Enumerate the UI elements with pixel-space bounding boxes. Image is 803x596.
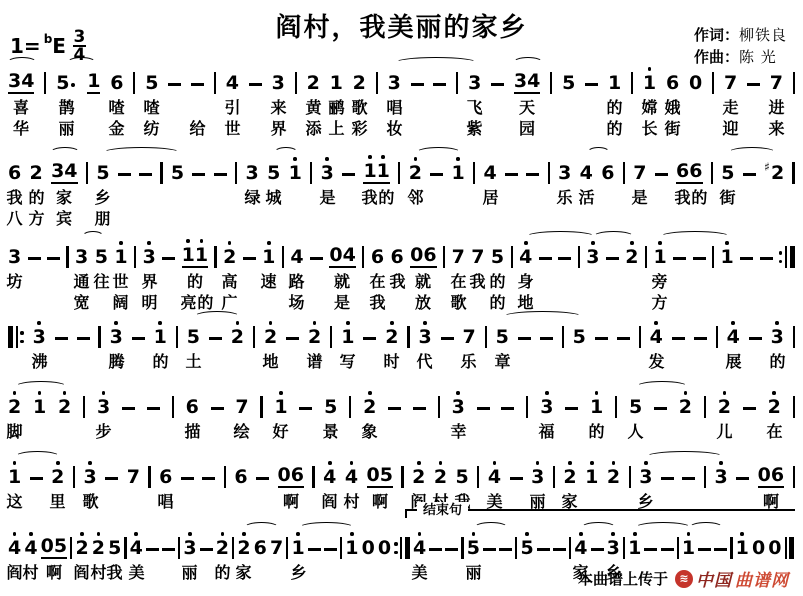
note-digit: 3 [531,467,544,488]
note-digit: 1 [643,73,656,94]
octave-dot [37,321,41,325]
barline [631,72,633,94]
system-4: 3315222123755443沸腾的土地谱写时代乐章发展的 [8,312,795,369]
system-1: 3451654321233345116077喜鹊喳喳引来黄鹂歌唱飞天的嫦娥走进华… [8,58,795,136]
note: 2 [30,163,43,184]
barline [86,162,88,184]
octave-dot [472,532,476,536]
duration-dash [477,407,490,410]
note: 3 [183,538,196,559]
lyric-syllable: 纺 [143,116,159,139]
lyric-syllable: 广 [221,290,237,313]
lyric-syllable: 代 [416,349,432,372]
octave-dot [524,241,528,245]
note: 5 [95,247,108,268]
bar [631,72,633,94]
note: 2 [679,397,692,418]
barline [711,162,713,184]
slur-arc [581,522,616,533]
bar [645,246,647,268]
duration-dash [243,257,256,260]
time-signature-top: 3 [74,30,86,44]
note-digit: 3 [639,467,652,488]
note: 3 [272,73,285,94]
lyric-syllable: 方 [28,206,44,229]
note: 2 [607,467,620,488]
bar [176,326,178,348]
note: 04 [329,245,355,268]
lyric-syllable: 美 [411,560,427,583]
note-digit: 6 [676,161,689,182]
octave-dot [775,321,779,325]
note-digit: 2 [216,538,229,559]
lyric-syllable: 唱 [157,489,173,512]
note-digit: 1 [154,327,167,348]
note: 2 [718,397,731,418]
barline [83,396,85,418]
barline [438,396,440,418]
note-digit: 4 [484,163,497,184]
barline [70,537,72,559]
bar [711,162,713,184]
note: 3 [143,247,156,268]
note-digit: 2 [679,397,692,418]
barline [511,246,513,268]
note-digit: 0 [410,245,423,266]
score-body: 3451654321233345116077喜鹊喳喳引来黄鹂歌唱飞天的嫦娥走进华… [8,58,795,580]
duration-dash [526,173,539,176]
barline [793,72,795,94]
lyric-syllable: 章 [494,349,510,372]
slur-arc [513,57,543,68]
note-digit: 7 [471,247,484,268]
note: 1 [608,73,621,94]
lyricist-label: 作词： [694,26,739,44]
note: 3 [33,327,46,348]
octave-dot [186,239,190,243]
lyric-syllable: 村 [343,489,359,512]
duration-dash [539,257,552,260]
barline [712,246,714,268]
note-digit: 1 [363,161,376,182]
note: 3 [771,327,784,348]
note-digit: 0 [367,465,380,486]
note-digit: 4 [527,71,540,92]
duration-dash [654,407,667,410]
slur-arc [194,311,240,322]
bar [785,537,787,559]
note-digit: 3 [8,71,21,92]
lyric-syllable: 世 [224,116,240,139]
octave-dot [439,461,443,465]
note: 5 [629,397,642,418]
barline [235,162,237,184]
footer-watermark: 本曲谱上传于 ≋ 中国曲谱网 [578,566,789,591]
octave-dot [328,461,332,465]
lyric-syllable: 幸 [450,419,466,442]
bar [789,537,794,559]
note: 34 [514,71,540,94]
note: 3 [8,247,21,268]
note: 11 [363,161,389,184]
note-digit: 4 [574,538,587,559]
bar [178,537,180,559]
note: 1 [289,163,302,184]
bar [253,326,255,348]
barline [677,537,679,559]
barline [461,537,463,559]
note-digit: 6 [234,467,247,488]
note-digit: 1 [721,247,734,268]
octave-dot [147,241,151,245]
note: 11 [182,245,208,268]
barline [160,162,162,184]
octave-dot [417,461,421,465]
duration-dash [553,548,566,551]
note-digit: 3 [84,467,97,488]
duration-dash [743,407,756,410]
duration-dash [105,477,118,480]
key-prefix: 1= [10,34,41,58]
lyric-syllable: 啊 [372,489,388,512]
note: 3 [714,467,727,488]
lyric-syllable: 乡 [290,560,306,583]
system-2: 6234553513112143467665♯2我的家乡绿城是我的邻居乐活是我的… [8,148,795,226]
lyric-syllable: 街 [664,116,680,139]
note: 2 [625,247,638,268]
bar [8,326,13,348]
octave-dot [493,461,497,465]
slur-arc [82,231,104,242]
octave-dot [611,532,615,536]
note: 2 [385,327,398,348]
slur-arc [15,451,60,462]
note-digit: 2 [409,163,422,184]
note: 3 [607,538,620,559]
note: 4 [323,467,336,488]
note-digit: 1 [585,467,598,488]
bar [550,72,552,94]
note-digit: 4 [323,467,336,488]
bar [172,396,174,418]
duration-dash [672,337,685,340]
note: 6 [110,73,123,94]
note: 2 [307,73,320,94]
note-digit: 4 [24,538,37,559]
note-digit: 1 [274,397,287,418]
note: 2 [308,327,321,348]
note: 06 [410,245,436,268]
octave-dot [242,532,246,536]
ending-label: 结束句 [417,502,468,519]
note-digit: 2 [308,327,321,348]
note-digit: 6 [666,73,679,94]
note: 5 [520,538,533,559]
duration-dash [693,257,706,260]
note-digit: 2 [718,397,731,418]
note-digit: 3 [558,163,571,184]
note-digit: 0 [378,538,391,559]
notes-row: 6234553513112143467665♯2 [8,148,795,184]
note: 5 [496,327,509,348]
notes-row: 3315222123755443 [8,312,795,348]
note: 7 [235,397,248,418]
slur-arc [15,381,67,392]
note-digit: 5 [54,536,67,557]
note: 05 [41,536,67,559]
note: 3 [321,163,334,184]
note-digit: 4 [343,245,356,266]
lyric-syllable: 彩 [351,116,367,139]
duration-dash [595,337,608,340]
duration-dash [537,548,550,551]
note-digit: 4 [519,247,532,268]
note-digit: 5 [171,163,184,184]
flat-accidental-icon: b [44,32,53,46]
duration-dash [256,477,269,480]
duration-dash [324,548,337,551]
lyric-syllable: 上 [328,116,344,139]
bar [214,246,216,268]
notes-row: 3451654321233345116077 [8,58,795,94]
duration-dash [673,257,686,260]
octave-dot [346,321,350,325]
note: 2 [353,73,366,94]
note: 1 [262,247,275,268]
note-digit: 4 [130,538,143,559]
note-digit: 3 [388,73,401,94]
octave-dot [236,321,240,325]
bar [401,466,403,488]
note: 3 [388,73,401,94]
barline [704,396,706,418]
barline [124,537,126,559]
note-digit: 2 [231,327,244,348]
slur-arc [395,57,477,68]
duration-dash [342,173,355,176]
note-digit: 2 [223,247,236,268]
note: 7 [471,247,484,268]
note-digit: 7 [270,538,283,559]
lyric-syllable: 华 [13,116,29,139]
octave-dot [228,241,232,245]
barline [473,162,475,184]
lyric-syllable: 丽 [181,560,197,583]
duration-dash [249,83,262,86]
note: 2 [216,538,229,559]
notes-row: 123766064405225432123306 [8,452,795,488]
barline [148,466,150,488]
octave-dot [313,321,317,325]
notes-row: 2123671523315222 [8,382,795,418]
duration-dash [430,173,443,176]
octave-dot [423,321,427,325]
slur-arc [636,381,688,392]
bar [224,466,226,488]
note-digit: 4 [727,327,740,348]
barline [515,537,517,559]
barline [398,162,400,184]
slur-arc [689,522,723,533]
octave-dot [88,461,92,465]
note-digit: 5 [187,327,200,348]
note-digit: 1 [289,163,302,184]
octave-dot [612,461,616,465]
note-digit: 3 [714,467,727,488]
note: 1 [682,538,695,559]
note: 06 [758,465,784,488]
note-digit: 5 [520,538,533,559]
octave-dot [325,157,329,161]
duration-dash [698,548,711,551]
note-digit: 1 [682,538,695,559]
octave-dot [13,532,17,536]
note: 4 [727,327,740,348]
note-digit: 3 [110,327,123,348]
barline [330,326,332,348]
bar [526,396,528,418]
note-digit: 1 [114,247,127,268]
bar [235,162,237,184]
note: 4 [650,327,663,348]
barline [477,466,479,488]
note-digit: 4 [650,327,663,348]
note-digit: 3 [8,247,21,268]
note-digit: 5 [324,397,337,418]
note: 7 [452,247,465,268]
lyric-syllable: 的 [606,116,622,139]
octave-dot [350,461,354,465]
lyrics-row-1: 这里歌唱啊阎村啊阎村我美丽家乡啊 [8,488,795,509]
lyric-syllable: 的 [769,349,785,372]
duration-dash [483,548,496,551]
octave-dot [633,532,637,536]
octave-dot [13,391,17,395]
lyric-syllable: 来 [768,116,784,139]
note-digit: 5 [562,73,575,94]
note: 6 [666,73,679,94]
bar [407,326,409,348]
note-digit: 4 [413,538,426,559]
note: 5 [56,73,77,94]
note: 2 [51,467,64,488]
note-digit: 3 [586,247,599,268]
octave-dot [648,67,652,71]
lyrics-row-2: 宽阔明亮的广场是我放歌的地方 [8,289,795,310]
note-digit: 4 [580,163,593,184]
duration-dash [606,257,619,260]
note-digit: 3 [183,538,196,559]
bar [443,246,445,268]
barline [407,326,409,348]
duration-dash [617,337,630,340]
barline [214,246,216,268]
note-digit: 1 [608,73,621,94]
note: 4 [574,538,587,559]
note: 34 [8,71,34,94]
duration-dash [411,83,424,86]
bar [349,396,351,418]
note-digit: 2 [607,467,620,488]
duration-dash [694,337,707,340]
duration-dash [388,407,401,410]
note-digit: 7 [235,397,248,418]
octave-dot [725,241,729,245]
note-digit: 1 [736,538,749,559]
notes-row: 335131121404660677543211 [8,232,795,268]
note: 4 [226,73,239,94]
lyric-syllable: 紫 [466,116,482,139]
note-digit: 1 [8,467,21,488]
note: 1 [721,247,734,268]
bar [629,466,631,488]
duration-dash [565,407,578,410]
lyric-syllable: 歌 [450,290,466,313]
slur-arc [103,147,180,158]
note-digit: 7 [770,73,783,94]
note: 4 [413,538,426,559]
octave-dot [390,321,394,325]
bar [712,72,714,94]
duration-dash [740,257,753,260]
lyric-syllable: 好 [272,419,288,442]
lyricist-row: 作词：柳铁良 [694,24,787,46]
barline [376,72,378,94]
octave-dot [80,532,84,536]
note: 6 [234,467,247,488]
bar [515,537,517,559]
barline [785,537,795,559]
bar [405,537,410,559]
duration-dash [30,477,43,480]
barline [172,396,174,418]
duration-dash [558,257,571,260]
note-digit: 5 [108,538,121,559]
note: 0 [689,73,702,94]
lyric-syllable: 的 [214,560,230,583]
note-digit: 3 [452,397,465,418]
lyrics-row-2: 华丽金纺给世界添上彩妆紫园的长街迎来 [8,115,795,136]
note: 4 [24,538,37,559]
barline [224,466,226,488]
barline [639,326,641,348]
ending-bracket: 结束句 [405,509,795,519]
octave-dot [158,321,162,325]
note: 5 [562,73,575,94]
note-digit: 6 [689,161,702,182]
note: 2 [264,327,277,348]
slur-arc [416,147,461,158]
note-digit: 3 [75,247,88,268]
bar [214,72,216,94]
lyrics-row-1: 我的家乡绿城是我的邻居乐活是我的街 [8,184,795,205]
lyric-syllable: 的 [197,290,213,313]
note: 5 [96,163,109,184]
bar [83,396,85,418]
duration-dash [749,337,762,340]
bar [16,326,18,348]
lyrics-row-1: 坊通往世界的高速路就在我就在我的身旁 [8,268,795,289]
note: 7 [724,73,737,94]
bar [716,326,718,348]
duration-dash [540,337,553,340]
duration-dash [714,548,727,551]
duration-dash [77,337,90,340]
note: 6 [371,247,384,268]
octave-dot [114,321,118,325]
note-digit: 0 [278,465,291,486]
barline [260,396,262,418]
